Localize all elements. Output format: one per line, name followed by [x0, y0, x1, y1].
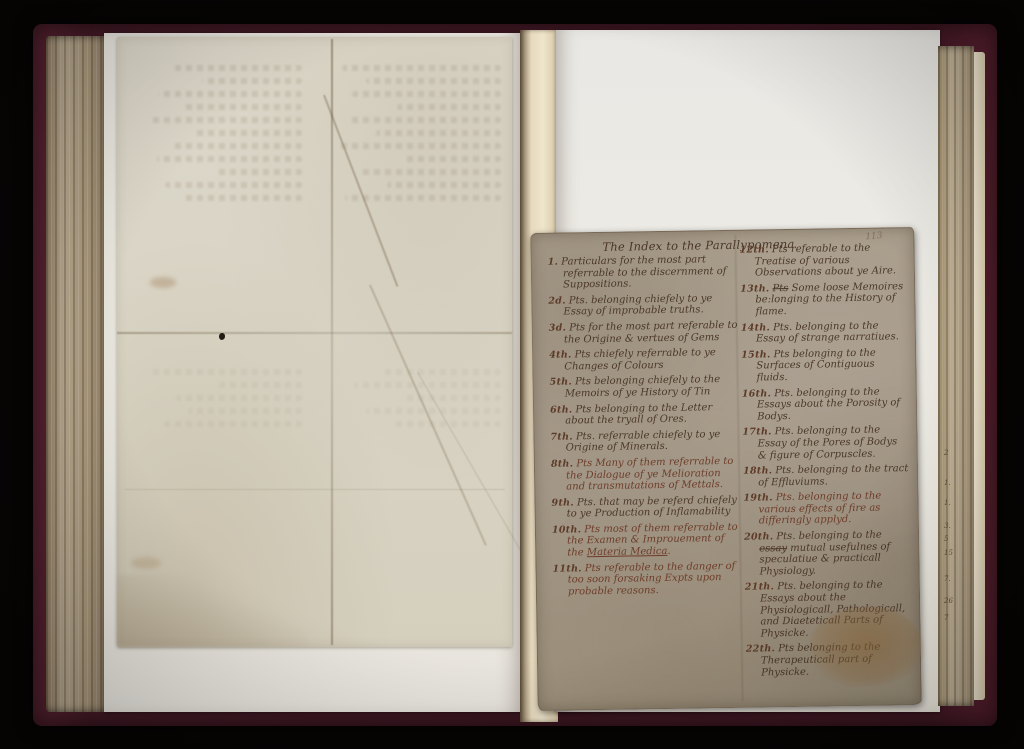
- index-entry: 11th.Pts referable to the danger of too …: [552, 560, 743, 598]
- index-entry: 5th.Pts belonging chiefely to the Memoir…: [550, 374, 740, 400]
- ghost-line: [184, 195, 302, 201]
- entry-number: 6th.: [550, 404, 573, 415]
- entry-text: Pts: [772, 283, 788, 294]
- ghost-line: [352, 91, 501, 97]
- ghost-line: [366, 78, 501, 84]
- fore-edge-number: 7: [944, 614, 948, 622]
- index-entry: 16th.Pts. belonging to the Essays about …: [742, 386, 909, 423]
- entry-number: 2d.: [548, 295, 566, 306]
- index-entry: 20th.Pts. belonging to the essay mutual …: [744, 529, 911, 578]
- fore-edge-number: 5: [944, 535, 948, 543]
- ghost-line: [152, 117, 303, 123]
- index-entry: 3d.Pts for the most part referable to th…: [549, 320, 739, 346]
- index-column-left: 1.Particulars for the most part referrab…: [548, 254, 743, 602]
- entry-number: 5th.: [550, 377, 573, 388]
- entry-text: Particulars for the most part referrable…: [561, 254, 726, 290]
- fore-edge-number: 1.: [944, 479, 951, 487]
- entry-number: 4th.: [549, 350, 572, 361]
- ghost-line: [219, 382, 302, 388]
- ghost-showthrough-text: [129, 369, 501, 594]
- ghost-line: [150, 369, 302, 375]
- index-entry: 7th.Pts. referrable chiefely to ye Origi…: [550, 428, 740, 454]
- entry-text: Pts. belonging to the: [776, 530, 882, 543]
- entry-number: 7th.: [550, 431, 573, 442]
- entry-number: 8th.: [551, 458, 574, 469]
- entry-text: Pts Many of them referrable to the Dialo…: [566, 456, 733, 493]
- entry-number: 16th.: [742, 388, 771, 399]
- index-entry: 17th.Pts. belonging to the Essay of the …: [742, 424, 909, 461]
- page-edges-right: 21.1.3.5157.267: [938, 46, 974, 706]
- ghost-line: [349, 117, 501, 123]
- ghost-showthrough-text: [129, 65, 501, 355]
- entry-number: 19th.: [743, 493, 772, 504]
- vertical-fold-crease: [331, 39, 333, 645]
- corner-discoloration: [117, 575, 307, 647]
- entry-text: Pts. that may be referd chiefely to ye P…: [567, 495, 737, 520]
- ghost-line: [406, 156, 501, 162]
- entry-number: 14th.: [741, 322, 770, 333]
- ghost-line: [214, 169, 302, 175]
- entry-number: 3d.: [549, 322, 567, 333]
- entry-number: 18th.: [743, 465, 772, 476]
- fore-edge-number: 2: [944, 449, 948, 457]
- entry-text: Materia Medica: [587, 546, 668, 558]
- index-entry: 13th.Pts Some loose Memoires be:longing …: [740, 281, 907, 318]
- entry-text: essay: [759, 543, 787, 554]
- ghost-line: [183, 104, 302, 110]
- ghost-line: [176, 395, 302, 401]
- entry-text: Pts. referrable chiefely to ye Origine o…: [566, 429, 721, 454]
- index-entry: 6th.Pts belonging to the Letter about th…: [550, 401, 740, 427]
- entry-text: Pts belonging chiefely to the Memoirs of…: [565, 374, 720, 399]
- ghost-line: [361, 169, 501, 175]
- entry-text: .: [667, 546, 670, 557]
- ghost-line: [165, 182, 302, 188]
- paper-smudge: [131, 557, 161, 569]
- index-entry: 10th.Pts most of them referrable to the …: [552, 522, 743, 560]
- left-page: [104, 33, 522, 712]
- ghost-line: [366, 408, 501, 414]
- entry-text: Pts. belonging to the various effects of…: [759, 491, 882, 527]
- entry-number: 12th.: [739, 244, 768, 255]
- ghost-line: [387, 182, 501, 188]
- index-entry: 9th.Pts. that may be referd chiefely to …: [551, 494, 741, 520]
- folded-letter: [117, 37, 512, 647]
- ghost-line: [376, 130, 501, 136]
- fore-edge-number: 7.: [944, 575, 951, 583]
- ghost-line: [157, 156, 302, 162]
- index-entry: 4th.Pts chiefely referrable to ye Change…: [549, 347, 739, 373]
- folio-number: 113: [865, 231, 883, 242]
- entry-text: Pts. belonging to the Essay of strange n…: [756, 320, 899, 345]
- ghost-line: [380, 369, 501, 375]
- page-edges-left: [46, 36, 106, 712]
- index-entry: 12th.Pts referable to the Treatise of va…: [739, 242, 906, 279]
- entry-text: Pts. belonging to the Essay of the Pores…: [758, 425, 898, 461]
- entry-text: Pts chiefely referrable to ye Changes of…: [564, 347, 716, 372]
- entry-number: 20th.: [744, 531, 773, 542]
- index-entry: 18th.Pts. belonging to the tract of Effl…: [743, 463, 909, 489]
- ghost-line: [337, 143, 501, 149]
- index-entry: 19th.Pts. belonging to the various effec…: [743, 490, 910, 527]
- faint-crease: [125, 489, 505, 490]
- index-entry: 14th.Pts. belonging to the Essay of stra…: [741, 320, 907, 346]
- manuscript-index-page: The Index to the Parallypomena 113 1.Par…: [530, 227, 921, 711]
- entry-number: 21th.: [745, 582, 774, 593]
- entry-number: 22th.: [746, 644, 775, 655]
- fore-edge-number: 15: [944, 549, 953, 557]
- fore-edge-number: 26: [944, 597, 953, 605]
- entry-number: 9th.: [551, 497, 574, 508]
- entry-text: Pts. belonging to the tract of Effluvium…: [758, 463, 908, 488]
- ghost-line: [164, 421, 302, 427]
- entry-number: 11th.: [552, 563, 581, 574]
- ghost-line: [397, 104, 501, 110]
- entry-text: Pts for the most part referable to the O…: [564, 320, 738, 345]
- index-entry: 15th.Pts belonging to the Surfaces of Co…: [741, 347, 908, 384]
- entry-number: 1.: [548, 257, 559, 268]
- entry-number: 17th.: [742, 427, 771, 438]
- index-entry: 1.Particulars for the most part referrab…: [548, 254, 739, 292]
- entry-text: Pts belonging to the Surfaces of Contigu…: [756, 347, 876, 383]
- entry-text: Pts referable to the danger of too soon …: [568, 561, 736, 598]
- index-entry: 8th.Pts Many of them referrable to the D…: [551, 456, 742, 494]
- entry-number: 10th.: [552, 524, 581, 535]
- ghost-line: [202, 78, 302, 84]
- ghost-line: [188, 408, 302, 414]
- horizontal-fold-crease: [117, 332, 512, 334]
- ghost-line: [345, 195, 501, 201]
- page-edges-right-inner: [974, 52, 985, 700]
- ghost-line: [158, 91, 302, 97]
- ghost-line: [171, 143, 302, 149]
- ghost-line: [195, 130, 302, 136]
- fore-edge-number: 1.: [944, 499, 951, 507]
- index-entry: 2d.Pts. belonging chiefely to ye Essay o…: [548, 293, 738, 319]
- entry-text: Pts. belonging chiefely to ye Essay of i…: [563, 293, 712, 318]
- entry-number: 13th.: [740, 283, 769, 294]
- entry-text: Pts belonging to the Letter about the tr…: [565, 402, 712, 427]
- entry-number: 15th.: [741, 349, 770, 360]
- entry-text: Pts referable to the Treatise of various…: [755, 243, 896, 279]
- paper-smudge: [150, 277, 176, 288]
- entry-text: Pts. belonging to the Essays about the P…: [757, 386, 900, 422]
- ghost-line: [354, 382, 501, 388]
- ghost-line: [174, 65, 302, 71]
- fore-edge-number: 3.: [944, 522, 951, 530]
- ghost-line: [342, 65, 501, 71]
